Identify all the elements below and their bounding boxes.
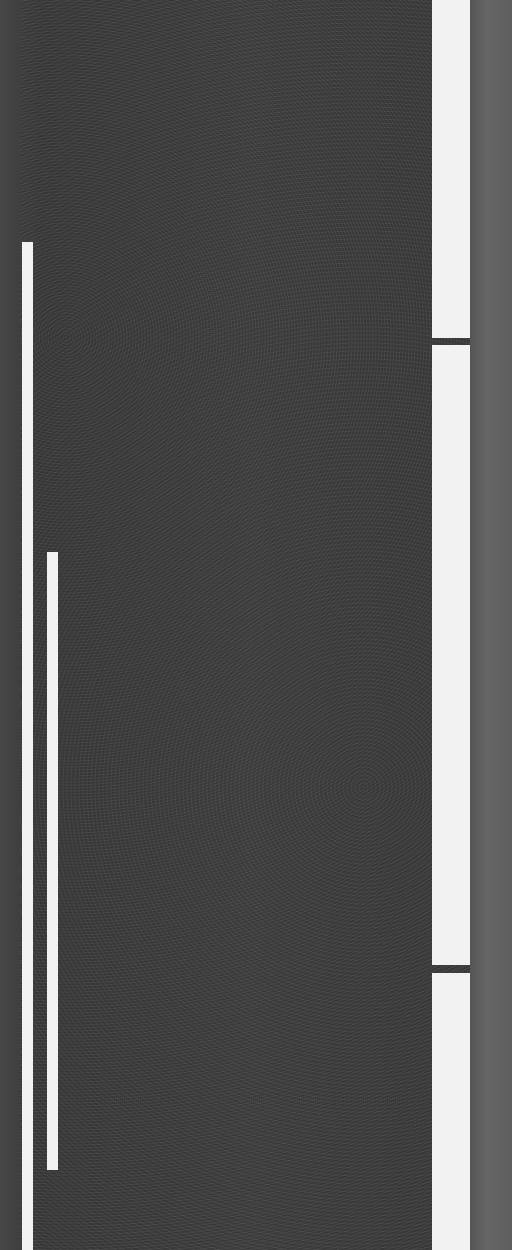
right-shoulder [470, 0, 512, 1250]
right-lane-dash [432, 973, 470, 1250]
right-lane-dash [432, 0, 470, 338]
right-lane-dash [432, 345, 470, 965]
left-edge-line [22, 242, 33, 1250]
left-inner-line [47, 552, 58, 1170]
road-scene [0, 0, 512, 1250]
left-shoulder [0, 0, 20, 1250]
